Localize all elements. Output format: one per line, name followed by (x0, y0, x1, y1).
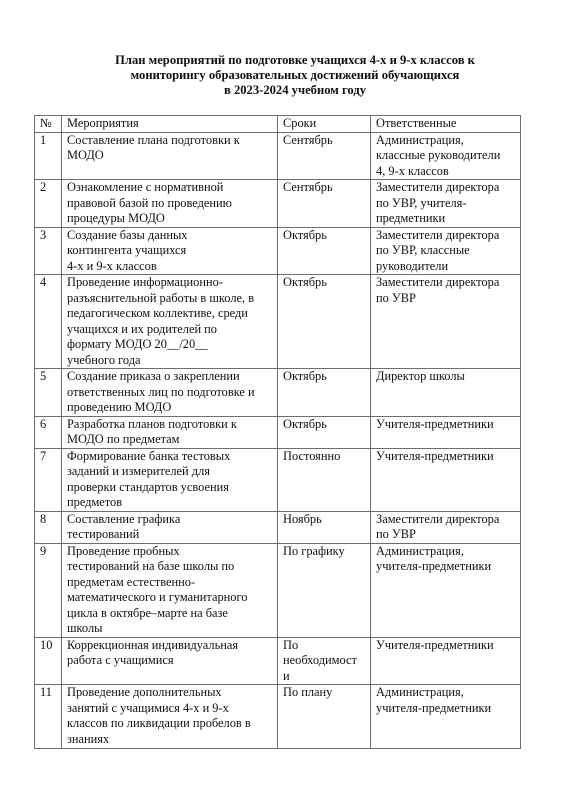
responsible-cell: Учителя-предметники (371, 416, 521, 448)
row-number: 5 (35, 369, 62, 417)
row-number: 10 (35, 637, 62, 685)
term-cell: По плану (278, 685, 371, 749)
row-number: 8 (35, 511, 62, 543)
row-number: 2 (35, 180, 62, 228)
responsible-cell: Заместители директора по УВР (371, 511, 521, 543)
table-header-row: № Мероприятия Сроки Ответственные (35, 116, 521, 133)
responsible-cell: Администрация, классные руководители 4, … (371, 132, 521, 180)
table-row: 10Коррекционная индивидуальная работа с … (35, 637, 521, 685)
table-row: 3Создание базы данных контингента учащих… (35, 227, 521, 275)
activity-cell: Проведение пробных тестирований на базе … (62, 543, 278, 637)
responsible-cell: Заместители директора по УВР, классные р… (371, 227, 521, 275)
responsible-cell: Администрация, учителя-предметники (371, 543, 521, 637)
responsible-cell: Заместители директора по УВР, учителя- п… (371, 180, 521, 228)
term-cell: Октябрь (278, 275, 371, 369)
table-row: 7Формирование банка тестовых заданий и и… (35, 448, 521, 511)
responsible-cell: Заместители директора по УВР (371, 275, 521, 369)
table-row: 11Проведение дополнительных занятий с уч… (35, 685, 521, 749)
table-row: 4Проведение информационно- разъяснительн… (35, 275, 521, 369)
table-row: 8Составление графика тестированийНоябрьЗ… (35, 511, 521, 543)
term-cell: Сентябрь (278, 132, 371, 180)
row-number: 9 (35, 543, 62, 637)
row-number: 3 (35, 227, 62, 275)
table-row: 5Создание приказа о закреплении ответств… (35, 369, 521, 417)
term-cell: Сентябрь (278, 180, 371, 228)
activity-cell: Создание приказа о закреплении ответстве… (62, 369, 278, 417)
responsible-cell: Учителя-предметники (371, 637, 521, 685)
activity-cell: Формирование банка тестовых заданий и из… (62, 448, 278, 511)
activity-cell: Проведение информационно- разъяснительно… (62, 275, 278, 369)
term-cell: Октябрь (278, 416, 371, 448)
responsible-cell: Учителя-предметники (371, 448, 521, 511)
title-line: План мероприятий по подготовке учащихся … (60, 53, 530, 68)
row-number: 4 (35, 275, 62, 369)
title-line: мониторингу образовательных достижений о… (60, 68, 530, 83)
term-cell: Октябрь (278, 227, 371, 275)
header-responsible: Ответственные (371, 116, 521, 133)
activity-cell: Разработка планов подготовки к МОДО по п… (62, 416, 278, 448)
term-cell: По необходимост и (278, 637, 371, 685)
header-number: № (35, 116, 62, 133)
term-cell: Октябрь (278, 369, 371, 417)
term-cell: По графику (278, 543, 371, 637)
activity-cell: Составление графика тестирований (62, 511, 278, 543)
activity-cell: Создание базы данных контингента учащихс… (62, 227, 278, 275)
table-row: 9Проведение пробных тестирований на базе… (35, 543, 521, 637)
activity-cell: Проведение дополнительных занятий с учащ… (62, 685, 278, 749)
responsible-cell: Администрация, учителя-предметники (371, 685, 521, 749)
activity-cell: Составление плана подготовки к МОДО (62, 132, 278, 180)
responsible-cell: Директор школы (371, 369, 521, 417)
row-number: 1 (35, 132, 62, 180)
header-terms: Сроки (278, 116, 371, 133)
term-cell: Ноябрь (278, 511, 371, 543)
events-plan-table: № Мероприятия Сроки Ответственные 1Соста… (34, 115, 521, 749)
row-number: 7 (35, 448, 62, 511)
table-row: 2Ознакомление с нормативной правовой баз… (35, 180, 521, 228)
table-row: 6Разработка планов подготовки к МОДО по … (35, 416, 521, 448)
table-row: 1Составление плана подготовки к МОДОСент… (35, 132, 521, 180)
header-activities: Мероприятия (62, 116, 278, 133)
document-title: План мероприятий по подготовке учащихся … (60, 53, 530, 98)
title-line: в 2023-2024 учебном году (60, 83, 530, 98)
row-number: 6 (35, 416, 62, 448)
row-number: 11 (35, 685, 62, 749)
activity-cell: Ознакомление с нормативной правовой базо… (62, 180, 278, 228)
term-cell: Постоянно (278, 448, 371, 511)
activity-cell: Коррекционная индивидуальная работа с уч… (62, 637, 278, 685)
